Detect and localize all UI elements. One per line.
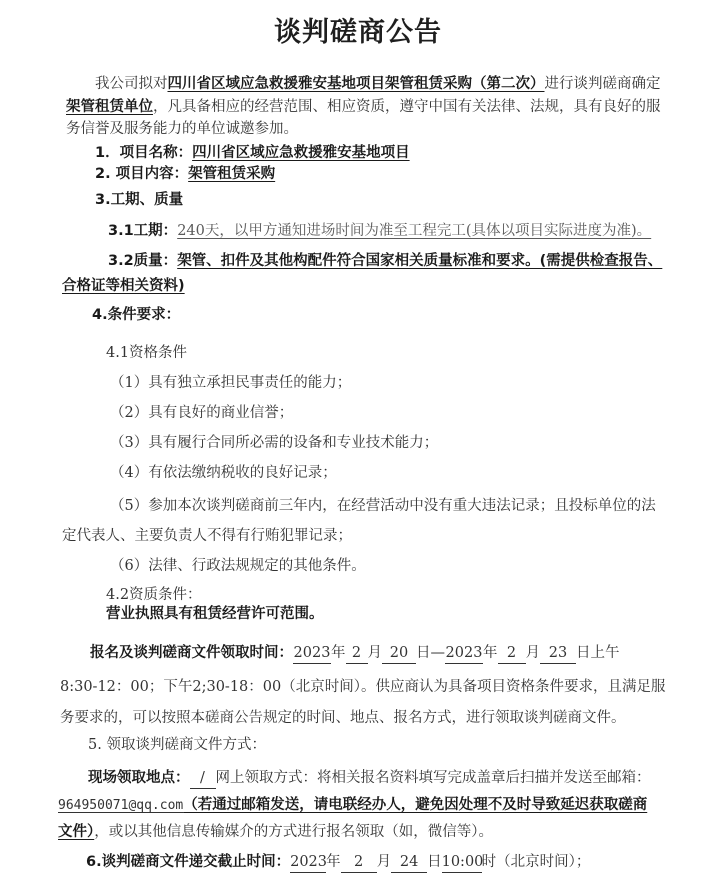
item2-value: 架管租赁采购 bbox=[188, 166, 275, 182]
item5-line-2: 964950071@qq.com（若通过邮箱发送，请电联经办人，避免因处理不及时… bbox=[58, 795, 647, 816]
intro-line-1: 我公司拟对四川省区域应急救援雅安基地项目架管租赁采购（第二次）进行谈判磋商确定 bbox=[95, 74, 661, 94]
month-char: 月 bbox=[368, 645, 383, 661]
item5-rest: ，或以其他信息传输媒介的方式进行报名领取（如，微信等）。 bbox=[94, 824, 493, 840]
year-char: 年 bbox=[483, 645, 498, 661]
registration-line-2: 8:30-12：00；下午2;30-18：00（北京时间）。供应商认为具备项目资… bbox=[60, 677, 665, 697]
item6-label: 6.谈判磋商文件递交截止时间： bbox=[86, 854, 290, 870]
start-day: 20 bbox=[382, 643, 416, 664]
registration-line-1: 报名及谈判磋商文件领取时间：2023年2月20日—2023年2月23日上午 bbox=[90, 643, 620, 664]
condition-5-cont: 定代表人、主要负责人不得有行贿犯罪记录； bbox=[62, 526, 352, 546]
item3-heading: 3.工期、质量 bbox=[95, 190, 183, 210]
start-year: 2023 bbox=[293, 643, 331, 664]
project-full-name: 四川省区域应急救援雅安基地项目架管租赁采购（第二次） bbox=[168, 76, 545, 92]
page-title: 谈判磋商公告 bbox=[0, 10, 716, 49]
condition-5: （5）参加本次谈判磋商前三年内，在经营活动中没有重大违法记录；且投标单位的法 bbox=[110, 496, 656, 516]
item-project-content: 2. 项目内容：架管租赁采购 bbox=[95, 164, 275, 184]
onsite-value: / bbox=[190, 768, 216, 789]
item3-1-period: 3.1工期：240天，以甲方通知进场时间为准至工程完工(具体以项目实际进度为准)… bbox=[108, 221, 651, 241]
deadline-time: 10:00 bbox=[442, 852, 482, 873]
year-char: 年 bbox=[331, 645, 346, 661]
item3-2-value-1: 架管、扣件及其他构配件符合国家相关质量标准和要求。(需提供检查报告、 bbox=[177, 253, 662, 269]
intro-mid: 进行谈判磋商确定 bbox=[545, 76, 661, 92]
deadline-day: 24 bbox=[391, 852, 427, 873]
item5-line-1: 现场领取地点：/网上领取方式：将相关报名资料填写完成盖章后扫描并发送至邮箱： bbox=[88, 768, 651, 789]
day-char: 日 bbox=[416, 645, 431, 661]
item4-heading: 4.条件要求： bbox=[92, 305, 180, 325]
item5-heading: 5. 领取谈判磋商文件方式： bbox=[88, 735, 266, 755]
item3-1-value: 240天，以甲方通知进场时间为准至工程完工(具体以项目实际进度为准)。 bbox=[177, 223, 651, 239]
item3-2-label: 3.2质量： bbox=[108, 253, 177, 269]
deadline-month: 2 bbox=[341, 852, 377, 873]
year-char: 年 bbox=[326, 854, 341, 870]
day-char: 日 bbox=[576, 645, 591, 661]
intro-line-2: 架管租赁单位，凡具备相应的经营范围、相应资质，遵守中国有关法律、法规，具有良好的… bbox=[66, 97, 661, 117]
item3-2-value-2: 合格证等相关资料) bbox=[62, 276, 185, 296]
condition-4: （4）有依法缴纳税收的良好记录； bbox=[110, 463, 337, 483]
end-day: 23 bbox=[540, 643, 576, 664]
item3-1-label: 3.1工期： bbox=[108, 223, 177, 239]
condition-3: （3）具有履行合同所必需的设备和专业技术能力； bbox=[110, 433, 438, 453]
online-method: 网上领取方式：将相关报名资料填写完成盖章后扫描并发送至邮箱： bbox=[216, 770, 651, 786]
intro-line-3: 务信誉及服务能力的单位诚邀参加。 bbox=[66, 119, 298, 139]
item4-2-heading: 4.2资质条件： bbox=[106, 585, 202, 605]
end-month: 2 bbox=[498, 643, 526, 664]
month-char: 月 bbox=[377, 854, 392, 870]
condition-6: （6）法律、行政法规规定的其他条件。 bbox=[110, 556, 366, 576]
item1-label: 1．项目名称： bbox=[95, 145, 192, 161]
item4-1-heading: 4.1资格条件 bbox=[106, 343, 187, 363]
condition-2: （2）具有良好的商业信誉； bbox=[110, 403, 293, 423]
onsite-label: 现场领取地点： bbox=[88, 770, 190, 786]
item3-2-quality: 3.2质量：架管、扣件及其他构配件符合国家相关质量标准和要求。(需提供检查报告、 bbox=[108, 251, 662, 271]
timezone: （北京时间）； bbox=[496, 854, 590, 870]
item4-2-value: 营业执照具有租赁经营许可范围。 bbox=[106, 604, 324, 624]
start-month: 2 bbox=[346, 643, 368, 664]
email-note-2: 文件） bbox=[58, 824, 94, 840]
end-year: 2023 bbox=[445, 643, 483, 664]
am-label: 上午 bbox=[591, 645, 620, 661]
range-dash: — bbox=[431, 645, 446, 661]
condition-1: （1）具有独立承担民事责任的能力； bbox=[110, 373, 351, 393]
intro-prefix: 我公司拟对 bbox=[95, 76, 168, 92]
rental-unit: 架管租赁单位 bbox=[66, 99, 153, 115]
deadline-year: 2023 bbox=[290, 852, 326, 873]
registration-line-3: 务要求的，可以按照本磋商公告规定的时间、地点、报名方式，进行领取谈判磋商文件。 bbox=[60, 708, 626, 728]
registration-label: 报名及谈判磋商文件领取时间： bbox=[90, 645, 293, 661]
email-note-1: （若通过邮箱发送，请电联经办人，避免因处理不及时导致延迟获取磋商 bbox=[183, 797, 647, 813]
item6-deadline: 6.谈判磋商文件递交截止时间：2023年2月24日10:00时（北京时间）； bbox=[86, 852, 590, 873]
month-char: 月 bbox=[526, 645, 541, 661]
day-char: 日 bbox=[427, 854, 442, 870]
item-project-name: 1．项目名称：四川省区域应急救援雅安基地项目 bbox=[95, 143, 410, 163]
item2-label: 2. 项目内容： bbox=[95, 166, 188, 182]
email-link[interactable]: 964950071@qq.com bbox=[58, 798, 183, 813]
hour-char: 时 bbox=[482, 854, 497, 870]
item1-value: 四川省区域应急救援雅安基地项目 bbox=[192, 145, 410, 161]
item5-line-3: 文件），或以其他信息传输媒介的方式进行报名领取（如，微信等）。 bbox=[58, 822, 493, 842]
intro-rest: ，凡具备相应的经营范围、相应资质，遵守中国有关法律、法规，具有良好的服 bbox=[153, 99, 661, 115]
